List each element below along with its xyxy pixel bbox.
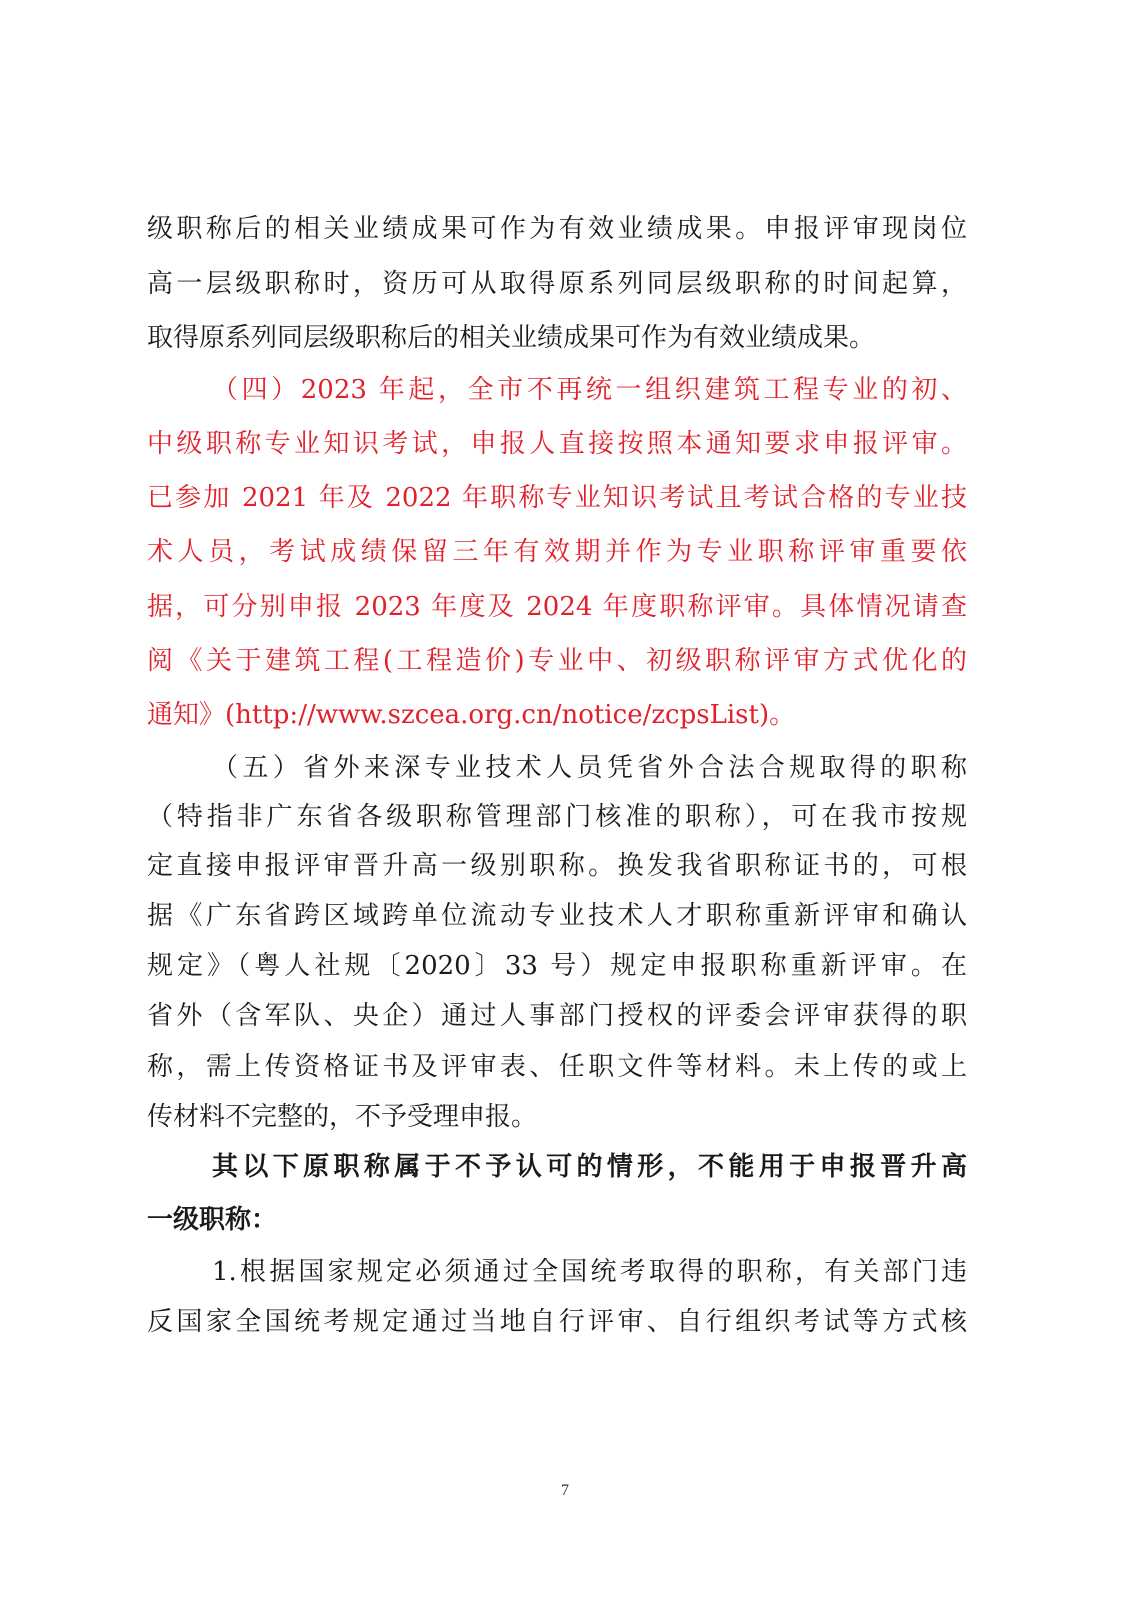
text-line: 省外（含军队、央企）通过人事部门授权的评委会评审获得的职 xyxy=(147,999,967,1033)
text-line: 规定》（粤人社规〔2020〕33 号）规定申报职称重新评审。在 xyxy=(147,949,967,983)
text-line: 高一层级职称时，资历可从取得原系列同层级职称的时间起算， xyxy=(147,267,967,301)
text-line: 据，可分别申报 2023 年度及 2024 年度职称评审。具体情况请查 xyxy=(147,590,967,624)
text-line: 据《广东省跨区域跨单位流动专业技术人才职称重新评审和确认 xyxy=(147,899,967,933)
text-line: （特指非广东省各级职称管理部门核准的职称），可在我市按规 xyxy=(147,800,967,834)
text-line: 阅《关于建筑工程(工程造价)专业中、初级职称评审方式优化的 xyxy=(147,644,967,678)
text-line: 术人员，考试成绩保留三年有效期并作为专业职称评审重要依 xyxy=(147,535,967,569)
text-line: 传材料不完整的，不予受理申报。 xyxy=(147,1100,967,1134)
section-four-first-line: （四）2023 年起，全市不再统一组织建筑工程专业的初、 xyxy=(212,373,967,407)
text-line: 定直接申报评审晋升高一级别职称。换发我省职称证书的，可根 xyxy=(147,849,967,883)
text-line: 已参加 2021 年及 2022 年职称专业知识考试且考试合格的专业技 xyxy=(147,481,967,515)
bold-heading-line: 一级职称： xyxy=(147,1203,967,1237)
list-item-1-first-line: 1.根据国家规定必须通过全国统考取得的职称，有关部门违 xyxy=(212,1255,967,1289)
text-line: 取得原系列同层级职称后的相关业绩成果可作为有效业绩成果。 xyxy=(147,321,967,355)
section-five-first-line: （五）省外来深专业技术人员凭省外合法合规取得的职称 xyxy=(212,751,967,785)
text-line: 中级职称专业知识考试，申报人直接按照本通知要求申报评审。 xyxy=(147,427,967,461)
text-line: 称，需上传资格证书及评审表、任职文件等材料。未上传的或上 xyxy=(147,1050,967,1084)
text-line: 级职称后的相关业绩成果可作为有效业绩成果。申报评审现岗位 xyxy=(147,212,967,246)
document-page: 级职称后的相关业绩成果可作为有效业绩成果。申报评审现岗位 高一层级职称时，资历可… xyxy=(0,0,1131,1600)
notice-url-line: 通知》(http://www.szcea.org.cn/notice/zcpsL… xyxy=(147,698,967,732)
text-line: 反国家全国统考规定通过当地自行评审、自行组织考试等方式核 xyxy=(147,1305,967,1339)
page-number: 7 xyxy=(553,1482,577,1500)
bold-heading-line: 其以下原职称属于不予认可的情形，不能用于申报晋升高 xyxy=(212,1150,967,1184)
